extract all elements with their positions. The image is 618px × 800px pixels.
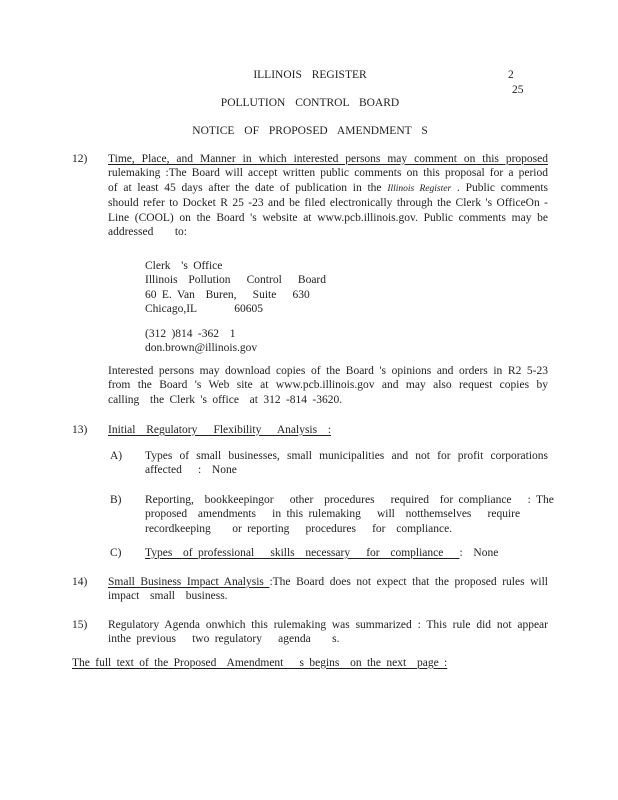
item-number: 14) <box>72 575 108 604</box>
text-run: don.brown@illinois.gov <box>145 342 257 354</box>
italic-text-run: Illinois Register <box>387 184 451 194</box>
text-line: from the Board 's Web site at www.pcb.il… <box>108 378 548 393</box>
text-line: affected : None <box>145 463 548 478</box>
item-13a: A)Types of small businesses, small munic… <box>110 449 548 478</box>
text-run: . Public comments <box>451 182 548 194</box>
text-run: Types of small businesses, small municip… <box>145 450 548 462</box>
text-line: should refer to Docket R 25 -23 and be f… <box>108 196 548 211</box>
document-page: 2 25 ILLINOIS REGISTER POLLUTION CONTROL… <box>0 0 618 800</box>
issue-number: 25 <box>512 83 524 98</box>
text-line: Illinois Pollution Control Board <box>145 273 326 288</box>
item-number: B) <box>110 493 145 537</box>
text-run: 60 E. Van Buren, Suite 630 <box>145 289 310 301</box>
page-number: 2 <box>508 68 514 83</box>
text-run: Line (COOL) on the Board 's website at w… <box>108 212 548 224</box>
text-line: Small Business Impact Analysis :The Boar… <box>108 575 548 590</box>
text-line: rulemaking :The Board will accept writte… <box>108 166 548 181</box>
underlined-text-run: The full text of the Proposed Amendment … <box>72 657 447 669</box>
text-line: inthe previous two regulatory agenda s. <box>108 632 548 647</box>
board-title: POLLUTION CONTROL BOARD <box>72 96 548 111</box>
text-line: Time, Place, and Manner in which interes… <box>108 152 548 167</box>
text-line: Types of small businesses, small municip… <box>145 449 548 464</box>
paragraph-lines: Types of small businesses, small municip… <box>145 449 548 478</box>
text-line: 60 E. Van Buren, Suite 630 <box>145 288 326 303</box>
text-run: from the Board 's Web site at www.pcb.il… <box>108 379 548 391</box>
text-run: proposed amendments in this rulemaking w… <box>145 508 520 520</box>
text-run: : None <box>459 547 498 559</box>
text-run: Clerk 's Office <box>145 260 222 272</box>
text-line: Types of professional skills necessary f… <box>145 546 548 561</box>
text-line: The full text of the Proposed Amendment … <box>72 656 447 671</box>
item-number: 15) <box>72 618 108 647</box>
item-number: A) <box>110 449 145 478</box>
underlined-text-run: Small Business Impact Analysis <box>108 576 269 588</box>
text-run: (312 )814 -362 1 <box>145 328 236 340</box>
text-line: Chicago,IL 60605 <box>145 302 326 317</box>
text-run: Chicago,IL 60605 <box>145 303 263 315</box>
item-13b: B)Reporting, bookkeepingor other procedu… <box>110 493 548 537</box>
register-title: ILLINOIS REGISTER <box>72 68 548 83</box>
text-line: calling the Clerk 's office at 312 -814 … <box>108 393 548 408</box>
document-body: 12)Time, Place, and Manner in which inte… <box>72 152 548 671</box>
closing-line: The full text of the Proposed Amendment … <box>72 656 548 671</box>
item-number: 13) <box>72 423 108 438</box>
text-run: addressed to: <box>108 226 187 238</box>
text-run: calling the Clerk 's office at 312 -814 … <box>108 394 342 406</box>
text-line: recordkeeping or reporting procedures fo… <box>145 522 548 537</box>
item-number: 12) <box>72 152 108 240</box>
item-number: C) <box>110 546 145 561</box>
notice-title: NOTICE OF PROPOSED AMENDMENT S <box>72 124 548 139</box>
underlined-text-run: Initial Regulatory Flexibility Analysis … <box>108 424 331 436</box>
item-15: 15)Regulatory Agenda onwhich this rulema… <box>72 618 548 647</box>
text-line: Regulatory Agenda onwhich this rulemakin… <box>108 618 548 633</box>
text-run: impact small business. <box>108 590 228 602</box>
text-line: proposed amendments in this rulemaking w… <box>145 507 548 522</box>
download-paragraph: Interested persons may download copies o… <box>108 364 548 408</box>
paragraph-lines: Clerk 's OfficeIllinois Pollution Contro… <box>145 259 326 356</box>
text-run: should refer to Docket R 25 -23 and be f… <box>108 197 548 209</box>
item-13: 13)Initial Regulatory Flexibility Analys… <box>72 423 548 438</box>
text-run: Illinois Pollution Control Board <box>145 274 326 286</box>
blank-line <box>145 317 326 327</box>
document-header: ILLINOIS REGISTER POLLUTION CONTROL BOAR… <box>72 68 548 139</box>
text-run: :The Board does not expect that the prop… <box>269 576 548 588</box>
paragraph-lines: Time, Place, and Manner in which interes… <box>108 152 548 240</box>
text-run: Reporting, bookkeepingor other procedure… <box>145 494 554 506</box>
text-run: of at least 45 days after the date of pu… <box>108 182 387 194</box>
text-run: affected : None <box>145 464 237 476</box>
paragraph-lines: The full text of the Proposed Amendment … <box>72 656 447 671</box>
text-line: Clerk 's Office <box>145 259 326 274</box>
text-run: recordkeeping or reporting procedures fo… <box>145 523 452 535</box>
text-line: of at least 45 days after the date of pu… <box>108 181 548 197</box>
paragraph-lines: Reporting, bookkeepingor other procedure… <box>145 493 548 537</box>
paragraph-lines: Interested persons may download copies o… <box>108 364 548 408</box>
paragraph-lines: Small Business Impact Analysis :The Boar… <box>108 575 548 604</box>
text-line: Initial Regulatory Flexibility Analysis … <box>108 423 548 438</box>
paragraph-lines: Initial Regulatory Flexibility Analysis … <box>108 423 548 438</box>
text-run: Regulatory Agenda onwhich this rulemakin… <box>108 619 548 631</box>
address-block: Clerk 's OfficeIllinois Pollution Contro… <box>145 259 548 356</box>
text-line: (312 )814 -362 1 <box>145 327 326 342</box>
text-line: Interested persons may download copies o… <box>108 364 548 379</box>
text-line: addressed to: <box>108 225 548 240</box>
text-run: Interested persons may download copies o… <box>108 365 548 377</box>
text-line: Reporting, bookkeepingor other procedure… <box>145 493 548 508</box>
paragraph-lines: Regulatory Agenda onwhich this rulemakin… <box>108 618 548 647</box>
text-line: don.brown@illinois.gov <box>145 341 326 356</box>
text-line: impact small business. <box>108 589 548 604</box>
underlined-text-run: Time, Place, and Manner in which interes… <box>108 153 548 165</box>
text-run: rulemaking :The Board will accept writte… <box>108 167 548 179</box>
text-line: Line (COOL) on the Board 's website at w… <box>108 211 548 226</box>
underlined-text-run: Types of professional skills necessary f… <box>145 547 459 559</box>
paragraph-lines: Types of professional skills necessary f… <box>145 546 548 561</box>
text-run: inthe previous two regulatory agenda s. <box>108 633 340 645</box>
item-12: 12)Time, Place, and Manner in which inte… <box>72 152 548 240</box>
item-13c: C)Types of professional skills necessary… <box>110 546 548 561</box>
item-14: 14)Small Business Impact Analysis :The B… <box>72 575 548 604</box>
